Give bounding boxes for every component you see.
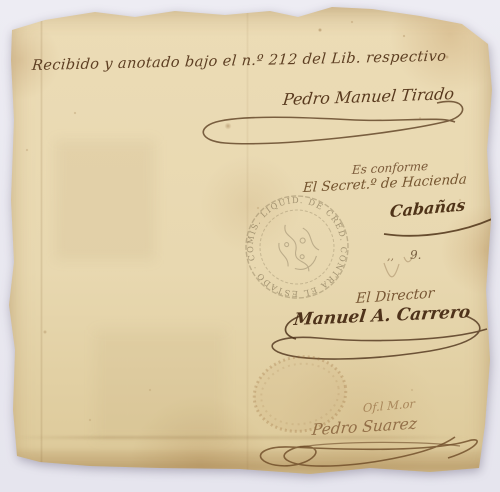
secretary-signature: Cabañas bbox=[389, 195, 466, 221]
signature-flourish-secretary bbox=[384, 218, 494, 236]
signature-flourish-official-loops bbox=[260, 437, 477, 466]
document-paper: Recibido y anotado bajo el n.º 212 del L… bbox=[0, 0, 500, 492]
stamp-text: · COMIS. LIQUID. DE CRED. CONTRA EL ESTA… bbox=[227, 177, 368, 318]
paper-wrapper: Recibido y anotado bajo el n.º 212 del L… bbox=[0, 0, 500, 492]
wrinkle-line bbox=[15, 436, 470, 439]
bottom-stain-band bbox=[12, 450, 482, 470]
stamp-emblem bbox=[270, 216, 325, 278]
signature-flourish-official-loop2 bbox=[300, 442, 460, 447]
director-signature: Manuel A. Carrero bbox=[293, 302, 471, 330]
received-signature: Pedro Manuel Tirado bbox=[282, 84, 455, 109]
ink-showthrough-lower bbox=[95, 330, 225, 440]
official-title: Of.l M.or bbox=[363, 396, 415, 415]
scanned-document-photo: Recibido y anotado bajo el n.º 212 del L… bbox=[0, 0, 500, 492]
margin-mark-comma: ,, bbox=[387, 250, 394, 263]
registration-line: Recibido y anotado bajo el n.º 212 del L… bbox=[31, 49, 447, 74]
margin-mark-number: 9. bbox=[410, 248, 421, 262]
ink-showthrough-upper bbox=[55, 140, 155, 260]
official-signature: Pedro Suarez bbox=[311, 415, 418, 440]
fold-crease-left bbox=[40, 18, 43, 464]
signature-flourish-tirado bbox=[203, 101, 462, 143]
official-round-stamp: · COMIS. LIQUID. DE CRED. CONTRA EL ESTA… bbox=[227, 177, 368, 318]
fold-crease-center bbox=[246, 12, 249, 470]
secretary-title: El Secret.º de Hacienda bbox=[302, 171, 467, 196]
